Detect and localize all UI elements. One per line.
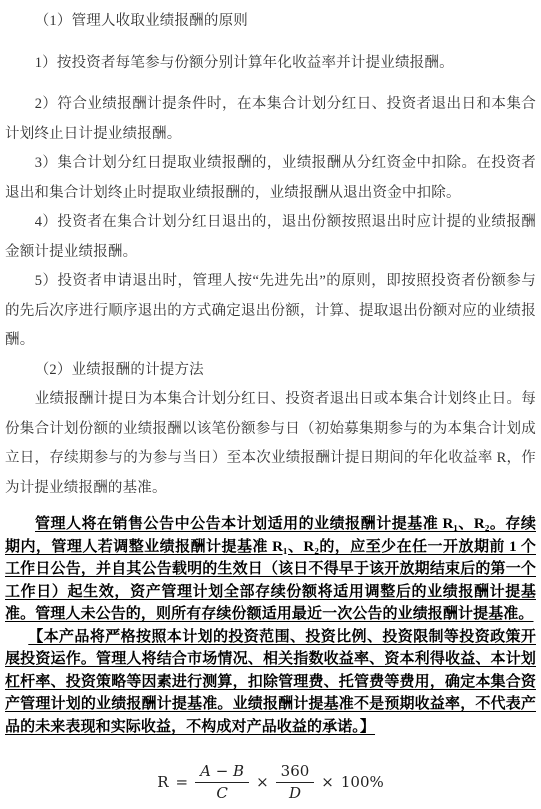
accrual-method-paragraph: 业绩报酬计提日为本集合计划分红日、投资者退出日或本集合计划终止日。每份集合计划份… xyxy=(5,385,536,503)
list-item-3: 3）集合计划分红日提取业绩报酬的，业绩报酬从分红资金中扣除。在投资者退出和集合计… xyxy=(5,149,536,208)
formula-equals-sign: = xyxy=(176,773,189,791)
benchmark-disclosure-block: 管理人将在销售公告中公告本计划适用的业绩报酬计提基准 R₁、R₂。存续期内，管理… xyxy=(5,513,536,738)
document-page: （1）管理人收取业绩报酬的原则 1）按投资者每笔参与份额分别计算年化收益率并计提… xyxy=(0,0,541,809)
formula-fraction-2: 360 D xyxy=(276,762,315,802)
formula-fraction-1-denominator: C xyxy=(216,783,227,802)
list-item-5: 5）投资者申请退出时，管理人按“先进先出”的原则，即按照投资者份额参与的先后次序… xyxy=(5,267,536,356)
formula-percent-value: 100% xyxy=(341,773,384,791)
annualized-return-formula: R = A − B C × 360 D × 100% xyxy=(157,762,384,802)
investment-policy-disclaimer: 【本产品将严格按照本计划的投资范围、投资比例、投资限制等投资政策开展投资运作。管… xyxy=(5,626,536,739)
list-item-4: 4）投资者在集合计划分红日退出的，退出份额按照退出时应计提的业绩报酬金额计提业绩… xyxy=(5,208,536,267)
formula-fraction-1: A − B C xyxy=(195,762,249,802)
section-heading-method: （2）业绩报酬的计提方法 xyxy=(5,356,536,386)
section-heading-principles: （1）管理人收取业绩报酬的原则 xyxy=(5,7,536,37)
formula-container: R = A − B C × 360 D × 100% xyxy=(5,762,536,802)
formula-fraction-1-numerator: A − B xyxy=(195,762,249,783)
formula-fraction-2-denominator: D xyxy=(289,783,301,802)
formula-multiply-sign-2: × xyxy=(321,773,334,791)
benchmark-announcement-paragraph: 管理人将在销售公告中公告本计划适用的业绩报酬计提基准 R₁、R₂。存续期内，管理… xyxy=(5,513,536,626)
formula-fraction-2-numerator: 360 xyxy=(276,762,315,783)
list-item-1: 1）按投资者每笔参与份额分别计算年化收益率并计提业绩报酬。 xyxy=(5,49,536,79)
formula-multiply-sign-1: × xyxy=(256,773,269,791)
list-item-2: 2）符合业绩报酬计提条件时，在本集合计划分红日、投资者退出日和本集合计划终止日计… xyxy=(5,90,536,149)
formula-lhs: R xyxy=(157,773,168,791)
